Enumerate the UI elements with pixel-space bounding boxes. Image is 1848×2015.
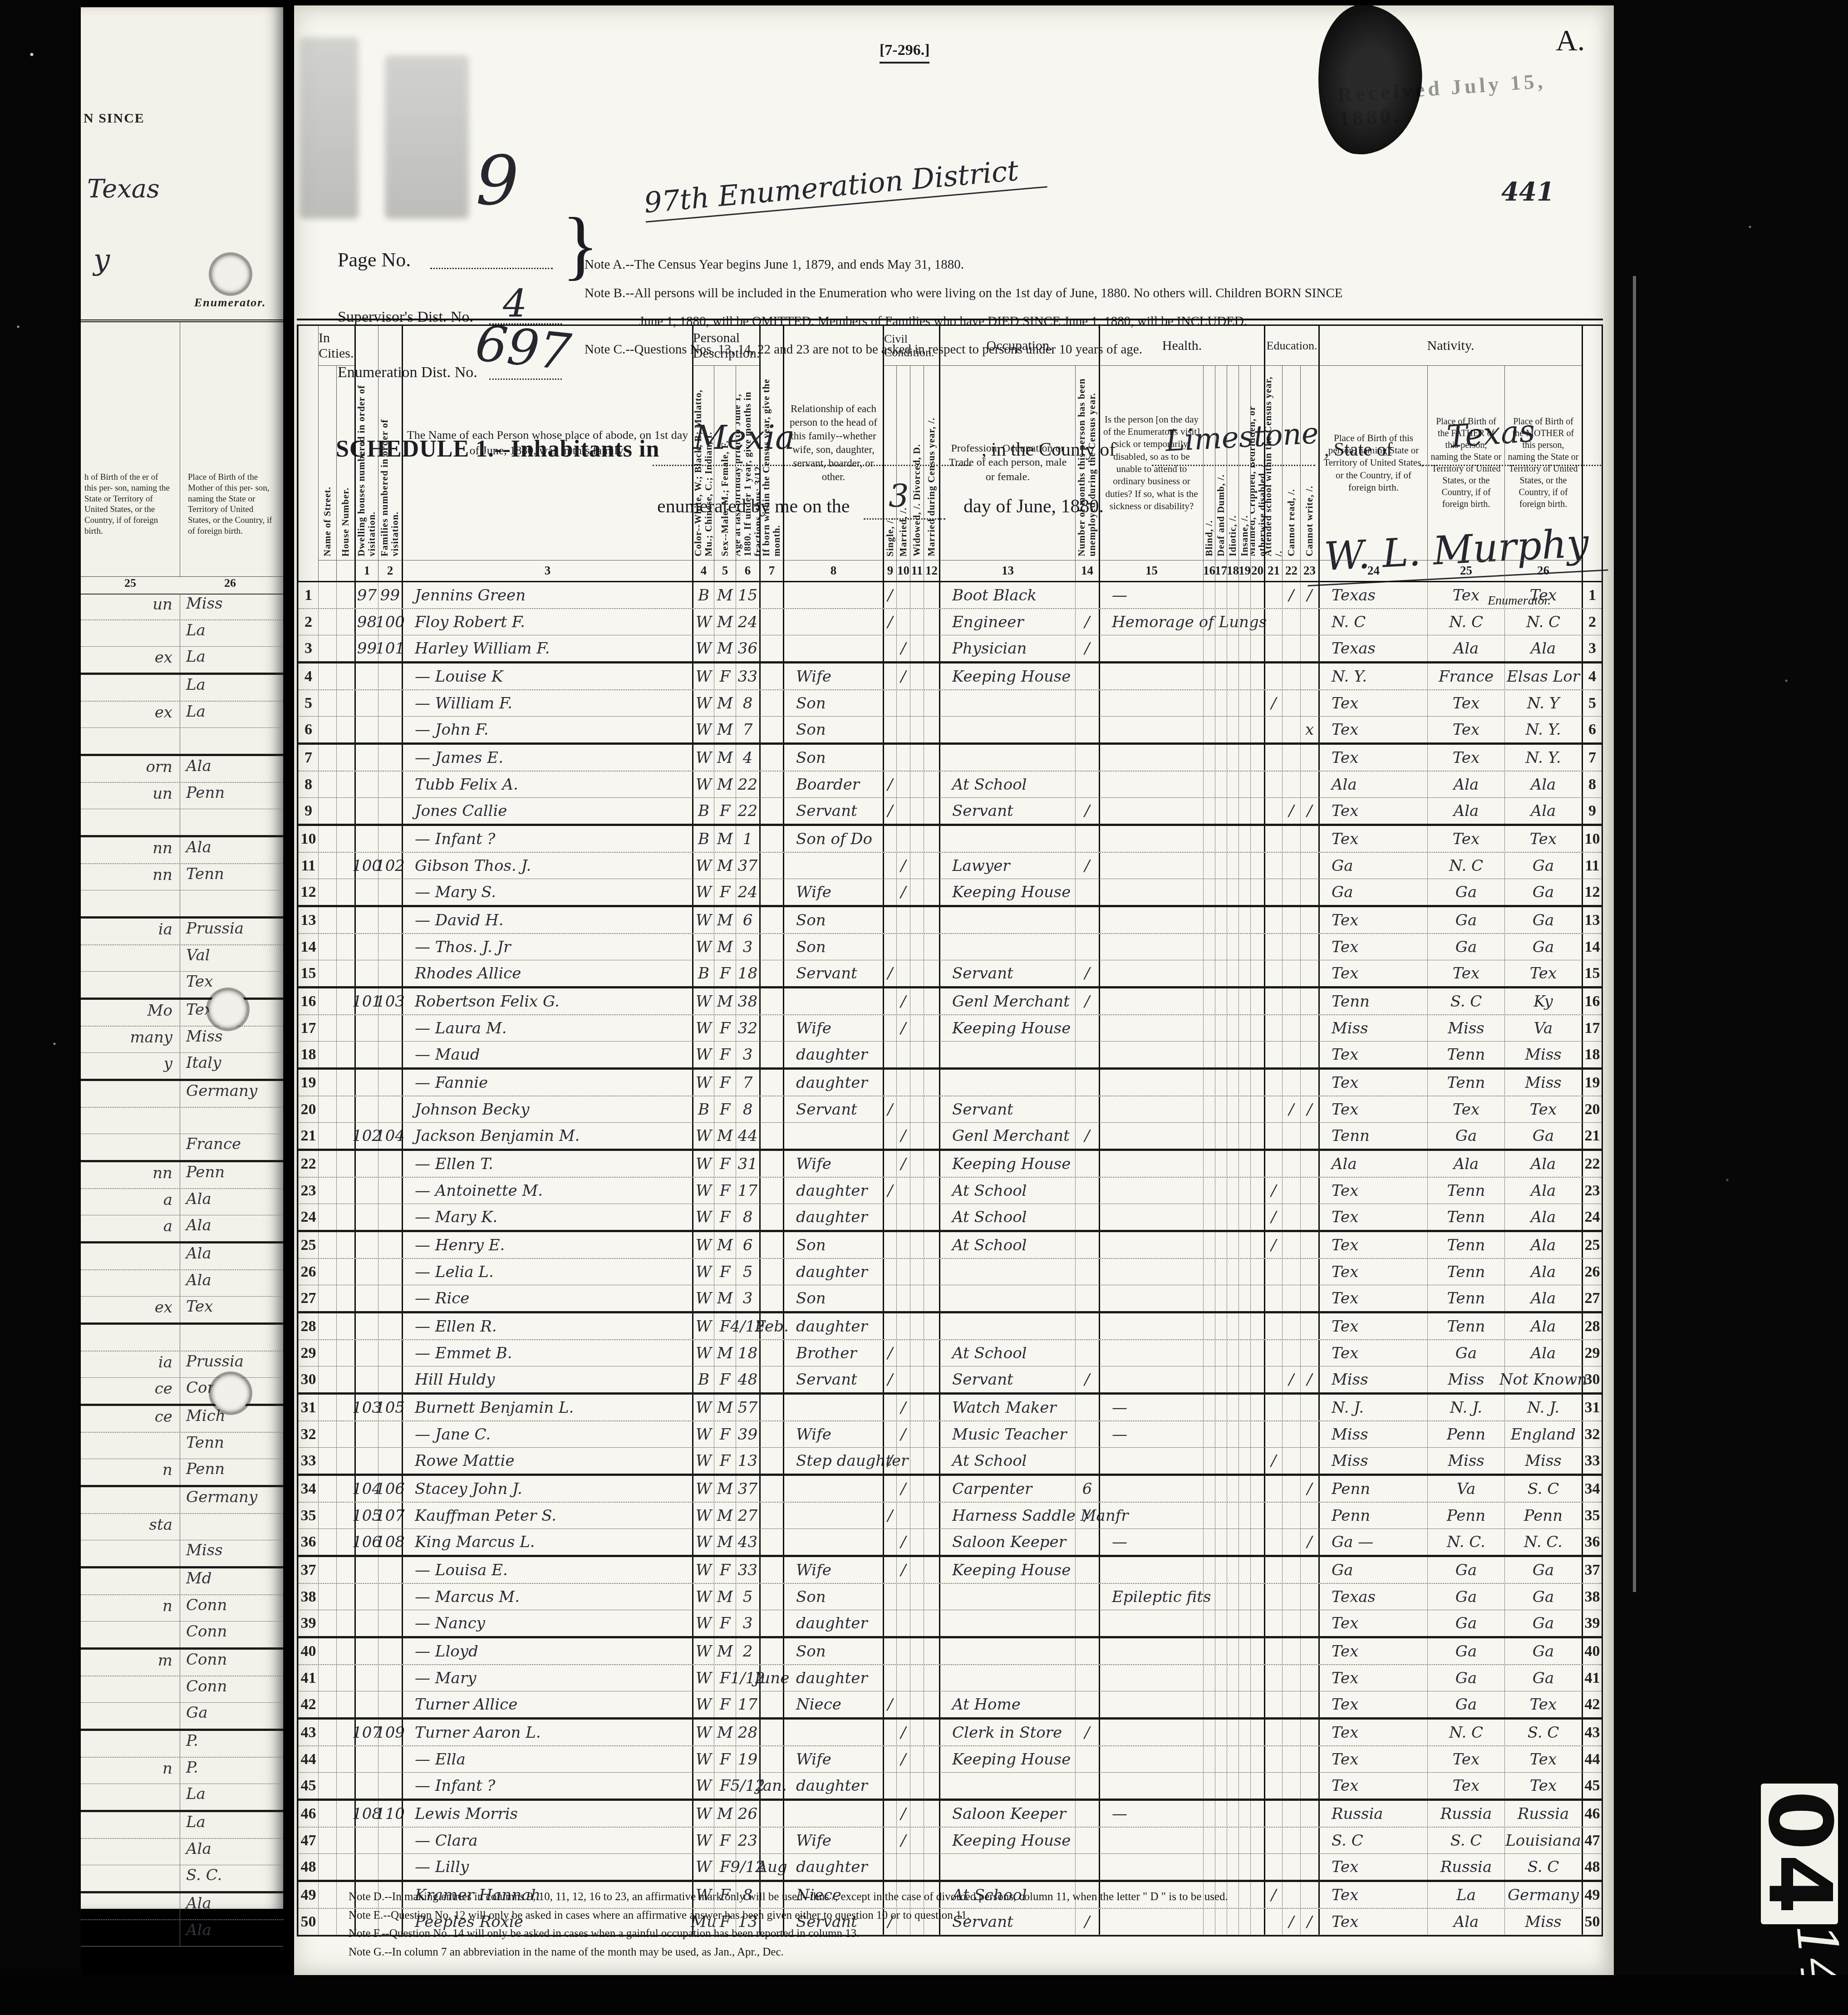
film-edge-bottom <box>0 1975 1848 2015</box>
single-cell <box>883 1123 896 1149</box>
cannot-write-cell: / <box>1300 1096 1318 1122</box>
family-cell <box>378 1828 402 1853</box>
table-row: 17— Laura M.WF32Wife/Keeping HouseMissMi… <box>298 1015 1602 1042</box>
street-cell <box>318 1285 336 1311</box>
birthplace-cell: Tex <box>1318 826 1427 852</box>
dwelling-cell <box>354 1448 378 1474</box>
occupation-cell: Saloon Keeper <box>939 1529 1075 1555</box>
attended-school-cell <box>1264 798 1282 824</box>
table-row: 38— Marcus M.WM5SonEpileptic fitsTexasGa… <box>298 1584 1602 1610</box>
unemployed-cell <box>1075 1773 1099 1799</box>
married-cell: / <box>896 1395 910 1420</box>
widowed-cell <box>910 1366 924 1392</box>
month-born-cell <box>759 879 783 905</box>
house-cell <box>336 960 354 986</box>
single-cell: / <box>883 1178 896 1204</box>
father-birthplace-cell: France <box>1427 663 1504 689</box>
birthplace-cell: Ala <box>1318 772 1427 797</box>
color-cell: B <box>692 1096 714 1122</box>
maimed-cell <box>1250 1854 1264 1880</box>
left-strip-row: exTex <box>81 1297 283 1325</box>
married-year-cell <box>924 1773 939 1799</box>
sex-cell: F <box>714 1691 736 1717</box>
left-strip-row: La <box>81 620 283 647</box>
single-cell <box>883 1854 896 1880</box>
cannot-write-cell <box>1300 1882 1318 1908</box>
married-cell <box>896 609 910 635</box>
unemployed-cell: / <box>1075 1720 1099 1745</box>
unemployed-cell <box>1075 1042 1099 1067</box>
attended-school-cell <box>1264 1070 1282 1096</box>
deaf-cell <box>1215 1665 1227 1691</box>
relationship-cell <box>783 1503 883 1528</box>
left-strip-row: mConn <box>81 1650 283 1676</box>
birthplace-cell: Tex <box>1318 1313 1427 1339</box>
page-no-label: Page No. <box>338 248 411 271</box>
month-born-cell <box>759 1204 783 1230</box>
family-cell <box>378 1015 402 1041</box>
month-born-cell <box>759 1366 783 1392</box>
family-cell <box>378 1638 402 1664</box>
row-number-right: 30 <box>1582 1366 1602 1392</box>
left-strip-row: nP. <box>81 1758 283 1784</box>
left-strip-rule <box>180 728 180 754</box>
insane-cell <box>1239 1610 1250 1636</box>
blind-cell <box>1203 690 1215 716</box>
insane-cell <box>1239 745 1250 771</box>
widowed-cell <box>910 1259 924 1285</box>
deaf-cell <box>1215 1854 1227 1880</box>
unemployed-cell <box>1075 690 1099 716</box>
left-strip-num-26: 26 <box>224 576 236 590</box>
single-cell <box>883 1395 896 1420</box>
insane-cell <box>1239 717 1250 742</box>
left-strip-row: La <box>81 1812 283 1839</box>
widowed-cell <box>910 1042 924 1067</box>
insane-cell <box>1239 690 1250 716</box>
left-strip-rule <box>180 837 180 863</box>
left-strip-row: exLa <box>81 702 283 728</box>
left-strip-value: Ala <box>186 1894 211 1912</box>
col-idiotic: Idiotic, /. <box>1227 366 1239 560</box>
row-number: 50 <box>298 1909 318 1935</box>
sex-cell: M <box>714 745 736 771</box>
group-nativity: Nativity. <box>1318 326 1582 366</box>
blind-cell <box>1203 609 1215 635</box>
widowed-cell <box>910 1151 924 1177</box>
relationship-cell <box>783 1476 883 1502</box>
house-cell <box>336 853 354 879</box>
cannot-read-cell <box>1282 1421 1300 1447</box>
row-number: 48 <box>298 1854 318 1880</box>
col-single: Single, /. <box>883 366 896 560</box>
street-cell <box>318 745 336 771</box>
dwelling-cell: 108 <box>354 1801 378 1827</box>
single-cell <box>883 879 896 905</box>
married-cell <box>896 1448 910 1474</box>
father-birthplace-cell: Tenn <box>1427 1178 1504 1204</box>
idiotic-cell <box>1227 1801 1239 1827</box>
blind-cell <box>1203 826 1215 852</box>
left-strip-fragment: un <box>152 595 172 614</box>
birthplace-cell: Texas <box>1318 1584 1427 1610</box>
left-strip-row: Ala <box>81 1920 283 1946</box>
maimed-cell <box>1250 1151 1264 1177</box>
house-cell <box>336 635 354 661</box>
cannot-write-cell <box>1300 1638 1318 1664</box>
mother-birthplace-cell: Ala <box>1504 1204 1582 1230</box>
unemployed-cell <box>1075 1854 1099 1880</box>
married-year-cell <box>924 1801 939 1827</box>
insane-cell <box>1239 853 1250 879</box>
table-row: 16101103Robertson Felix G.WM38/Genl Merc… <box>298 988 1602 1015</box>
sex-cell: F <box>714 879 736 905</box>
maimed-cell <box>1250 1340 1264 1366</box>
unemployed-cell <box>1075 1801 1099 1827</box>
street-cell <box>318 1557 336 1583</box>
house-cell <box>336 1801 354 1827</box>
cannot-read-cell <box>1282 1232 1300 1258</box>
left-strip-rule <box>180 1325 180 1351</box>
color-cell: W <box>692 1042 714 1067</box>
maimed-cell <box>1250 1421 1264 1447</box>
month-born-cell: Feb. <box>759 1313 783 1339</box>
blind-cell <box>1203 1340 1215 1366</box>
sickness-cell: — <box>1099 1421 1203 1447</box>
single-cell <box>883 826 896 852</box>
idiotic-cell <box>1227 1503 1239 1528</box>
left-strip-row: ornAla <box>81 756 283 783</box>
sex-cell: F <box>714 1448 736 1474</box>
blind-cell <box>1203 1773 1215 1799</box>
month-born-cell <box>759 1285 783 1311</box>
left-strip-value: Ala <box>186 1840 211 1858</box>
unemployed-cell <box>1075 1638 1099 1664</box>
idiotic-cell <box>1227 663 1239 689</box>
left-strip-rule <box>180 1893 180 1919</box>
row-number-right: 34 <box>1582 1476 1602 1502</box>
month-born-cell <box>759 717 783 742</box>
occupation-cell: At School <box>939 1178 1075 1204</box>
mother-birthplace-cell: Ga <box>1504 907 1582 933</box>
sickness-cell <box>1099 1070 1203 1096</box>
age-cell: 17 <box>736 1178 759 1204</box>
married-year-cell <box>924 1448 939 1474</box>
single-cell <box>883 1828 896 1853</box>
idiotic-cell <box>1227 1259 1239 1285</box>
table-row: 39— NancyWF3daughterTexGaGa39 <box>298 1610 1602 1638</box>
name-cell: — David H. <box>402 907 692 933</box>
month-born-cell <box>759 1015 783 1041</box>
maimed-cell <box>1250 798 1264 824</box>
father-birthplace-cell: N. C. <box>1427 1529 1504 1555</box>
row-number-right: 31 <box>1582 1395 1602 1420</box>
occupation-cell: Harness Saddle Manfr <box>939 1503 1075 1528</box>
row-number: 28 <box>298 1313 318 1339</box>
left-strip-row: nnAla <box>81 837 283 864</box>
left-strip-value: Penn <box>186 784 225 802</box>
dwelling-cell <box>354 772 378 797</box>
color-cell: W <box>692 1204 714 1230</box>
cannot-read-cell <box>1282 826 1300 852</box>
name-cell: Burnett Benjamin L. <box>402 1395 692 1420</box>
idiotic-cell <box>1227 1421 1239 1447</box>
row-number-right: 14 <box>1582 934 1602 960</box>
name-cell: — William F. <box>402 690 692 716</box>
month-born-cell <box>759 1584 783 1610</box>
left-strip-rule <box>180 1920 180 1946</box>
birthplace-cell: Tex <box>1318 960 1427 986</box>
father-birthplace-cell: Ga <box>1427 1638 1504 1664</box>
father-birthplace-cell: La <box>1427 1882 1504 1908</box>
row-number: 3 <box>298 635 318 661</box>
married-year-cell <box>924 1665 939 1691</box>
idiotic-cell <box>1227 1340 1239 1366</box>
single-cell <box>883 988 896 1014</box>
family-cell <box>378 1610 402 1636</box>
married-cell: / <box>896 663 910 689</box>
occupation-cell <box>939 1070 1075 1096</box>
birthplace-cell: Tex <box>1318 907 1427 933</box>
mother-birthplace-cell: Tex <box>1504 1691 1582 1717</box>
maimed-cell <box>1250 663 1264 689</box>
street-cell <box>318 1909 336 1935</box>
blind-cell <box>1203 1204 1215 1230</box>
dwelling-cell <box>354 1259 378 1285</box>
relationship-cell <box>783 1395 883 1420</box>
widowed-cell <box>910 1421 924 1447</box>
married-year-cell <box>924 717 939 742</box>
sex-cell: F <box>714 1557 736 1583</box>
age-cell: 15 <box>736 582 759 608</box>
left-strip-value: Prussia <box>186 919 244 938</box>
occupation-cell: Music Teacher <box>939 1421 1075 1447</box>
left-strip-fragment: ex <box>155 1298 172 1317</box>
row-number: 42 <box>298 1691 318 1717</box>
month-born-cell <box>759 826 783 852</box>
group-personal: Personal Description. <box>692 326 759 366</box>
idiotic-cell <box>1227 1773 1239 1799</box>
family-cell <box>378 772 402 797</box>
maimed-cell <box>1250 1476 1264 1502</box>
cannot-read-cell <box>1282 1610 1300 1636</box>
family-cell <box>378 1773 402 1799</box>
col-blind: Blind, /. <box>1203 366 1215 560</box>
blind-cell <box>1203 1828 1215 1853</box>
unemployed-cell <box>1075 1448 1099 1474</box>
occupation-cell: Keeping House <box>939 1828 1075 1853</box>
name-cell: Floy Robert F. <box>402 609 692 635</box>
color-cell: W <box>692 1285 714 1311</box>
row-number: 22 <box>298 1151 318 1177</box>
row-number: 34 <box>298 1476 318 1502</box>
left-strip-row: Ala <box>81 1893 283 1920</box>
father-birthplace-cell: Tex <box>1427 717 1504 742</box>
month-born-cell <box>759 663 783 689</box>
family-cell <box>378 1557 402 1583</box>
color-cell: W <box>692 1123 714 1149</box>
color-cell: W <box>692 1584 714 1610</box>
name-cell: — James E. <box>402 745 692 771</box>
idiotic-cell <box>1227 1070 1239 1096</box>
house-cell <box>336 1232 354 1258</box>
married-cell <box>896 907 910 933</box>
unemployed-cell <box>1075 1070 1099 1096</box>
left-strip-row: unMiss <box>81 594 283 620</box>
left-strip-fragment: a <box>163 1191 172 1209</box>
insane-cell <box>1239 1638 1250 1664</box>
left-strip-row: Md <box>81 1568 283 1595</box>
married-year-cell <box>924 1421 939 1447</box>
family-cell: 102 <box>378 853 402 879</box>
family-cell: 99 <box>378 582 402 608</box>
row-number: 9 <box>298 798 318 824</box>
cannot-write-cell <box>1300 1557 1318 1583</box>
unemployed-cell <box>1075 1313 1099 1339</box>
mother-birthplace-cell: Va <box>1504 1015 1582 1041</box>
father-birthplace-cell: S. C <box>1427 988 1504 1014</box>
birthplace-cell: Tex <box>1318 1042 1427 1067</box>
deaf-cell <box>1215 1773 1227 1799</box>
sex-cell: F <box>714 960 736 986</box>
unemployed-cell: / <box>1075 798 1099 824</box>
name-cell: — Louisa E. <box>402 1557 692 1583</box>
attended-school-cell <box>1264 826 1282 852</box>
married-cell: / <box>896 1801 910 1827</box>
unemployed-cell <box>1075 934 1099 960</box>
single-cell <box>883 1638 896 1664</box>
relationship-cell: Niece <box>783 1691 883 1717</box>
row-number: 23 <box>298 1178 318 1204</box>
married-year-cell <box>924 772 939 797</box>
widowed-cell <box>910 1828 924 1853</box>
deaf-cell <box>1215 853 1227 879</box>
idiotic-cell <box>1227 690 1239 716</box>
married-year-cell <box>924 1204 939 1230</box>
father-birthplace-cell: Ala <box>1427 798 1504 824</box>
left-strip-fragment: ia <box>158 1353 172 1371</box>
col-birthplace: Place of Birth of this person, naming St… <box>1318 366 1427 560</box>
age-cell: 28 <box>736 1720 759 1745</box>
relationship-cell: daughter <box>783 1665 883 1691</box>
table-row: 18— MaudWF3daughterTexTennMiss18 <box>298 1042 1602 1070</box>
dwelling-cell <box>354 717 378 742</box>
unemployed-cell <box>1075 1232 1099 1258</box>
street-cell <box>318 934 336 960</box>
widowed-cell <box>910 690 924 716</box>
married-year-cell <box>924 798 939 824</box>
table-row: 5— William F.WM8Son/TexTexN. Y5 <box>298 690 1602 717</box>
cannot-write-cell <box>1300 1584 1318 1610</box>
sickness-cell <box>1099 1151 1203 1177</box>
blind-cell <box>1203 1720 1215 1745</box>
married-year-cell <box>924 663 939 689</box>
family-cell <box>378 1042 402 1067</box>
table-header: In Cities. Name of Street. House Number.… <box>298 326 1602 582</box>
house-cell <box>336 1828 354 1853</box>
unemployed-cell <box>1075 1691 1099 1717</box>
row-number: 49 <box>298 1882 318 1908</box>
relationship-cell: Wife <box>783 663 883 689</box>
row-number: 19 <box>298 1070 318 1096</box>
name-cell: Rhodes Allice <box>402 960 692 986</box>
house-cell <box>336 717 354 742</box>
cannot-write-cell <box>1300 1503 1318 1528</box>
father-birthplace-cell: Tenn <box>1427 1204 1504 1230</box>
mother-birthplace-cell: Ala <box>1504 798 1582 824</box>
table-row: 20Johnson BeckyBF8Servant/Servant//TexTe… <box>298 1096 1602 1123</box>
col-maimed: Maimed, Crippled, Bedridden, or otherwis… <box>1250 366 1264 560</box>
deaf-cell <box>1215 1557 1227 1583</box>
family-cell <box>378 1691 402 1717</box>
occupation-cell: At School <box>939 772 1075 797</box>
sex-cell: M <box>714 1395 736 1420</box>
cannot-read-cell: / <box>1282 1096 1300 1122</box>
name-cell: — Mary K. <box>402 1204 692 1230</box>
sex-cell: M <box>714 582 736 608</box>
age-cell: 3 <box>736 1285 759 1311</box>
mother-birthplace-cell: N. Y. <box>1504 717 1582 742</box>
left-strip-divider <box>180 322 180 576</box>
cannot-write-cell <box>1300 1610 1318 1636</box>
single-cell <box>883 1665 896 1691</box>
occupation-cell: Keeping House <box>939 1557 1075 1583</box>
father-birthplace-cell: Ala <box>1427 772 1504 797</box>
deaf-cell <box>1215 609 1227 635</box>
blind-cell <box>1203 1746 1215 1772</box>
color-cell: W <box>692 772 714 797</box>
unemployed-cell: 6 <box>1075 1476 1099 1502</box>
insane-cell <box>1239 1720 1250 1745</box>
married-cell <box>896 1042 910 1067</box>
unemployed-cell <box>1075 1204 1099 1230</box>
family-cell <box>378 960 402 986</box>
blind-cell <box>1203 879 1215 905</box>
mother-birthplace-cell: Tex <box>1504 826 1582 852</box>
table-row: 298100Floy Robert F.WM24/Engineer/Hemora… <box>298 609 1602 635</box>
occupation-cell <box>939 907 1075 933</box>
color-cell: W <box>692 1476 714 1502</box>
name-cell: — Ella <box>402 1746 692 1772</box>
widowed-cell <box>910 1503 924 1528</box>
street-cell <box>318 717 336 742</box>
sex-cell: M <box>714 690 736 716</box>
street-cell <box>318 1232 336 1258</box>
left-strip-fragment: a <box>163 1217 172 1235</box>
film-frame-number-box: 04 <box>1761 1784 1838 1924</box>
relationship-cell: Son <box>783 690 883 716</box>
month-born-cell <box>759 1610 783 1636</box>
name-cell: Kauffman Peter S. <box>402 1503 692 1528</box>
sickness-cell: — <box>1099 582 1203 608</box>
attended-school-cell <box>1264 1828 1282 1853</box>
relationship-cell: daughter <box>783 1204 883 1230</box>
left-strip-row: Ga <box>81 1703 283 1731</box>
attended-school-cell <box>1264 934 1282 960</box>
left-strip-rule <box>180 890 180 916</box>
name-cell: — Louise K <box>402 663 692 689</box>
row-number: 41 <box>298 1665 318 1691</box>
unemployed-cell <box>1075 907 1099 933</box>
unemployed-cell <box>1075 1421 1099 1447</box>
table-row: 34104106Stacey John J.WM37/Carpenter6/Pe… <box>298 1476 1602 1503</box>
blind-cell <box>1203 663 1215 689</box>
family-cell <box>378 717 402 742</box>
sickness-cell <box>1099 907 1203 933</box>
age-cell: 6 <box>736 907 759 933</box>
blind-cell <box>1203 1070 1215 1096</box>
left-strip-header-fragment-2: Place of Birth of the Mother of this per… <box>188 472 277 537</box>
